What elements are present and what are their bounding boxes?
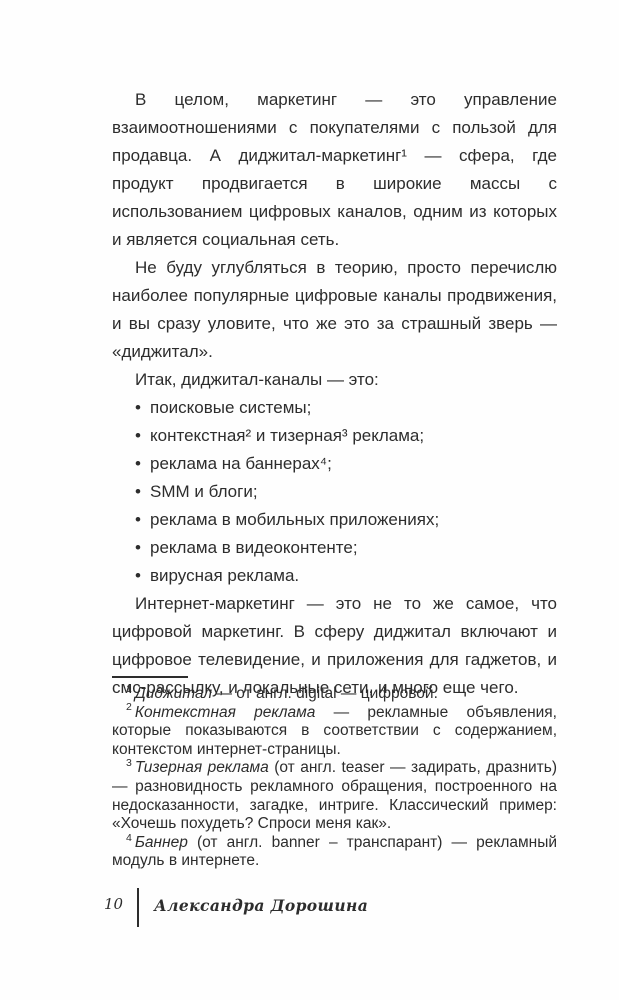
bullet-icon: • [135,478,150,506]
list-item: • вирусная реклама. [135,562,557,590]
footnote-marker: 3 [126,757,132,769]
bullet-icon: • [135,422,150,450]
page-number: 10 [104,895,123,913]
bullet-icon: • [135,394,150,422]
footnote: 2Контекстная реклама — рекламные объявле… [112,704,557,760]
footnote-text: — от англ. digital — цифровой. [212,685,438,702]
footnote-term: Диджитал [135,685,212,702]
bullet-icon: • [135,450,150,478]
page-footer: 10 Александра Дорошина [104,888,368,927]
paragraph-theory-intro: Не буду углубляться в теорию, просто пер… [112,254,557,366]
paragraph-marketing-definition: В целом, маркетинг — это управление взаи… [112,86,557,254]
footnote: 1Диджитал — от англ. digital — цифровой. [112,685,557,704]
list-intro-line: Итак, диджитал-каналы — это: [112,366,557,394]
list-item: • поисковые системы; [135,394,557,422]
main-text-block: В целом, маркетинг — это управление взаи… [112,86,557,702]
list-item-label: контекстная² и тизерная³ реклама; [150,422,557,450]
list-item-label: реклама в мобильных приложениях; [150,506,557,534]
footnote: 3Тизерная реклама (от англ. teaser — зад… [112,759,557,833]
list-item-label: поисковые системы; [150,394,557,422]
footnote-marker: 4 [126,832,132,844]
list-item-label: SMM и блоги; [150,478,557,506]
footnote-term: Контекстная реклама [135,704,315,721]
footnote-marker: 2 [126,701,132,713]
footnotes-section: 1Диджитал — от англ. digital — цифровой.… [112,676,557,871]
list-item: • SMM и блоги; [135,478,557,506]
bullet-icon: • [135,562,150,590]
list-item: • реклама на баннерах⁴; [135,450,557,478]
footer-divider [137,888,139,927]
book-page: В целом, маркетинг — это управление взаи… [0,0,619,1000]
list-item: • реклама в видеоконтенте; [135,534,557,562]
footnote-separator-rule [112,676,188,678]
author-name: Александра Дорошина [154,896,368,915]
bullet-icon: • [135,534,150,562]
footnote: 4Баннер (от англ. banner – транспарант) … [112,834,557,871]
footnote-marker: 1 [126,683,132,695]
list-item: • реклама в мобильных приложениях; [135,506,557,534]
list-item-label: реклама на баннерах⁴; [150,450,557,478]
footnote-term: Тизерная реклама [135,759,269,776]
list-item-label: реклама в видеоконтенте; [150,534,557,562]
list-item: • контекстная² и тизерная³ реклама; [135,422,557,450]
footnote-term: Баннер [135,834,188,851]
digital-channels-list: • поисковые системы; • контекстная² и ти… [112,394,557,590]
bullet-icon: • [135,506,150,534]
list-item-label: вирусная реклама. [150,562,557,590]
